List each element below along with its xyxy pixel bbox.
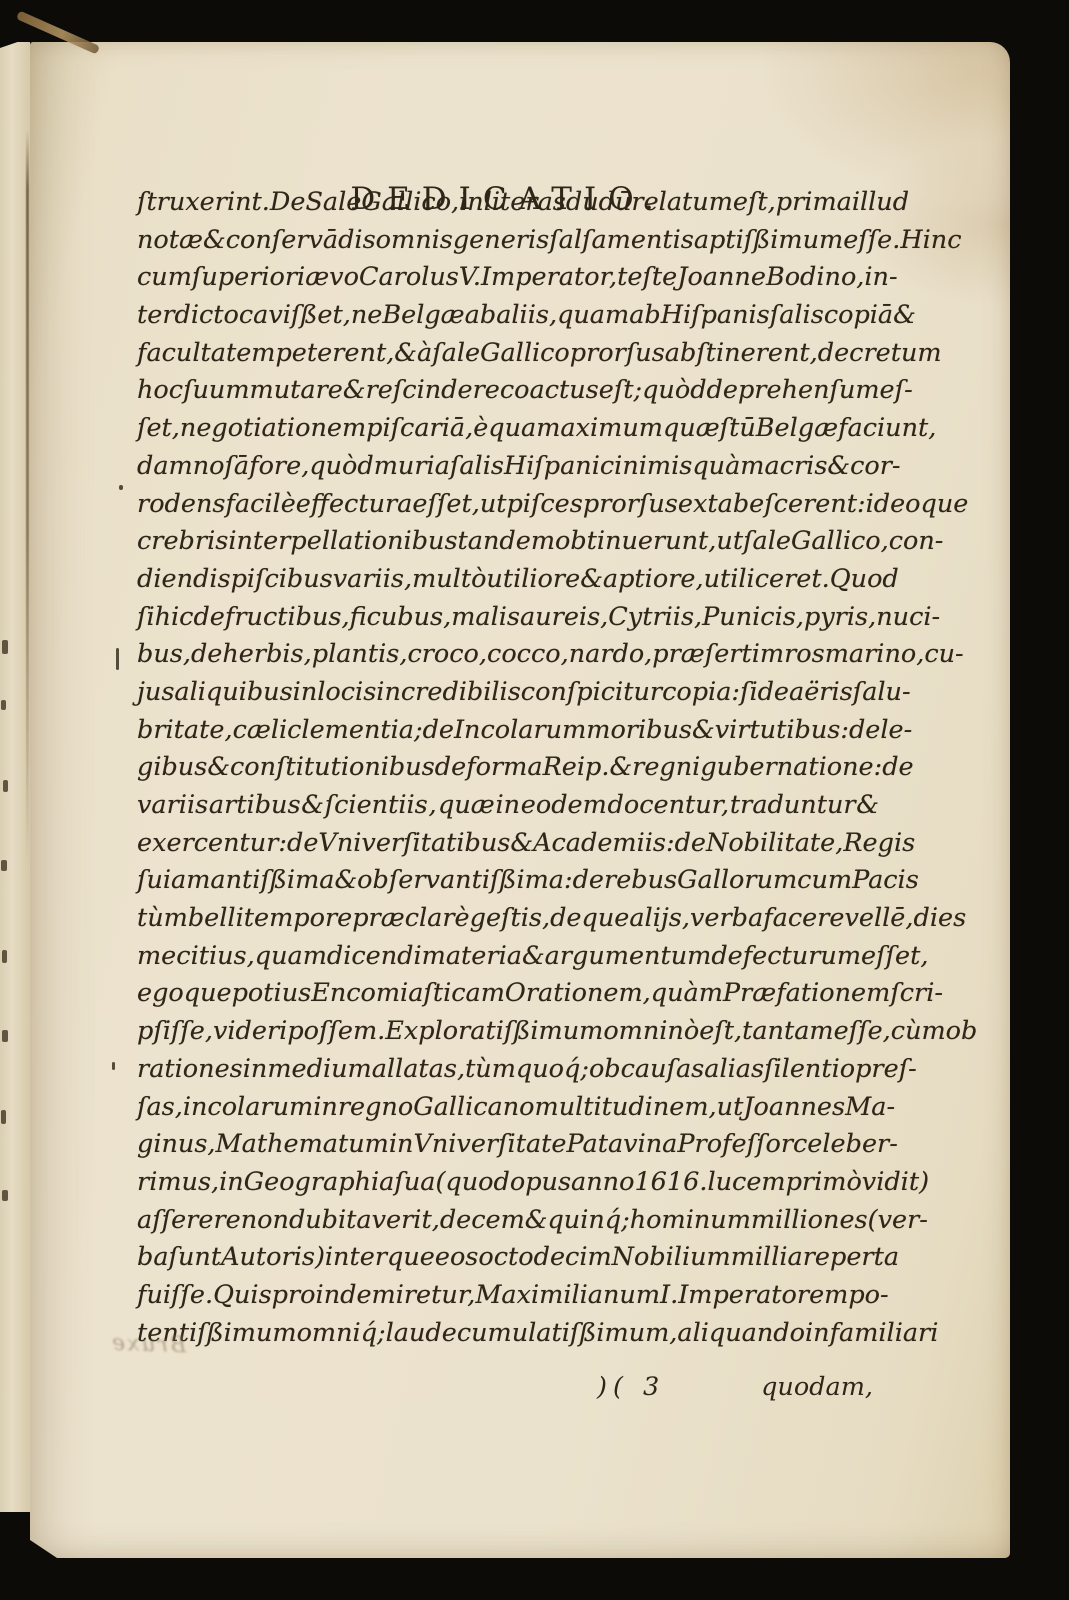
text-line: exercentur:deVniverſitatibus&Academiis:d… bbox=[137, 825, 879, 863]
text-line: britate,cæliclementia;deIncolarummoribus… bbox=[137, 712, 879, 750]
ink-speck bbox=[119, 485, 123, 490]
text-line: jusaliquibusinlocisincredibilisconſpicit… bbox=[137, 674, 879, 712]
edge-text-fragment bbox=[1, 1110, 6, 1124]
text-line: pſiſſe,videripoſſem.Exploratiſßimumomnin… bbox=[137, 1013, 879, 1051]
book-page: DEDICATIO. ſtruxerint.DeSaleGallico,inli… bbox=[30, 42, 1010, 1558]
text-line: cumſuperioriævoCarolusV.Imperator,teſteJ… bbox=[137, 259, 879, 297]
text-line: ſtruxerint.DeSaleGallico,inliterasdudūre… bbox=[137, 184, 879, 222]
text-line: facultatempeterent,&àſaleGallicoprorſusa… bbox=[137, 335, 879, 373]
text-line: tùmbellitemporepræclarègeſtis,dequealijs… bbox=[137, 900, 879, 938]
signature-mark: )( 3 bbox=[597, 1372, 665, 1402]
text-line: baſuntAutoris)interqueeosoctodecimNobili… bbox=[137, 1239, 879, 1277]
gutter-crease bbox=[26, 130, 29, 865]
black-background-top bbox=[0, 0, 1069, 42]
black-background-right bbox=[1010, 0, 1069, 1600]
text-line: crebrisinterpellationibustandemobtinueru… bbox=[137, 523, 879, 561]
text-line: fuiſſe.Quisproindemiretur,MaximilianumI.… bbox=[137, 1277, 879, 1315]
ink-show-through: Bruxe bbox=[110, 1331, 187, 1359]
text-line: damnoſāfore,quòdmuriaſalisHiſpanicinimis… bbox=[137, 448, 879, 486]
text-line: notæ&conſervādisomnisgenerisſalſamentisa… bbox=[137, 222, 879, 260]
text-line: diendispiſcibusvariis,multòutiliore&apti… bbox=[137, 561, 879, 599]
page-footer: )( 3 quodam, bbox=[137, 1372, 879, 1410]
ink-speck bbox=[116, 648, 119, 670]
text-line: aſſererenondubitaverit,decem&quinq́;homi… bbox=[137, 1202, 879, 1240]
text-line: tentiſßimumomniq́;laudecumulatiſßimum,al… bbox=[137, 1315, 879, 1353]
edge-text-fragment bbox=[2, 640, 8, 654]
text-line: gibus&conſtitutionibusdeformaReip.&regni… bbox=[137, 749, 879, 787]
text-line: ginus,MathematuminVniverſitatePatavinaPr… bbox=[137, 1126, 879, 1164]
edge-text-fragment bbox=[2, 950, 7, 963]
edge-text-fragment bbox=[3, 780, 8, 792]
text-line: egoquepotiusEncomiaſticamOrationem,quàmP… bbox=[137, 975, 879, 1013]
text-line: rodensfacilèeffecturaeſſet,utpiſcesprorſ… bbox=[137, 486, 879, 524]
text-line: ſuiamantiſßima&obſervantiſßima:derebusGa… bbox=[137, 862, 879, 900]
ink-speck bbox=[112, 1062, 115, 1070]
text-line: ſet,negotiationempiſcariā,èquamaximumquæ… bbox=[137, 410, 879, 448]
body-text: ſtruxerint.DeSaleGallico,inliterasdudūre… bbox=[137, 184, 879, 1352]
edge-text-fragment bbox=[2, 1030, 8, 1042]
text-line: bus,deherbis,plantis,croco,cocco,nardo,p… bbox=[137, 636, 879, 674]
black-background-bottom bbox=[0, 1558, 1069, 1600]
text-line: ſihicdefructibus,ficubus,malisaureis,Cyt… bbox=[137, 599, 879, 637]
text-line: rimus,inGeographiaſua(quodopusanno1616.l… bbox=[137, 1164, 879, 1202]
edge-text-fragment bbox=[2, 1190, 8, 1201]
scanned-book-photo: DEDICATIO. ſtruxerint.DeSaleGallico,inli… bbox=[0, 0, 1069, 1600]
text-line: terdictocaviſßet,neBelgæabaliis,quamabHi… bbox=[137, 297, 879, 335]
catchword: quodam, bbox=[761, 1372, 873, 1402]
text-line: hocſuummutare&reſcinderecoactuseſt;quòdd… bbox=[137, 372, 879, 410]
text-line: mecitius,quamdicendimateria&argumentumde… bbox=[137, 938, 879, 976]
edge-text-fragment bbox=[1, 860, 7, 871]
edge-text-fragment bbox=[1, 700, 6, 710]
text-line: variisartibus&ſcientiis,quæineodemdocent… bbox=[137, 787, 879, 825]
text-line: rationesinmediumallatas,tùmquoq́;obcauſa… bbox=[137, 1051, 879, 1089]
text-line: ſas,incolaruminregnoGallicanomultitudine… bbox=[137, 1089, 879, 1127]
